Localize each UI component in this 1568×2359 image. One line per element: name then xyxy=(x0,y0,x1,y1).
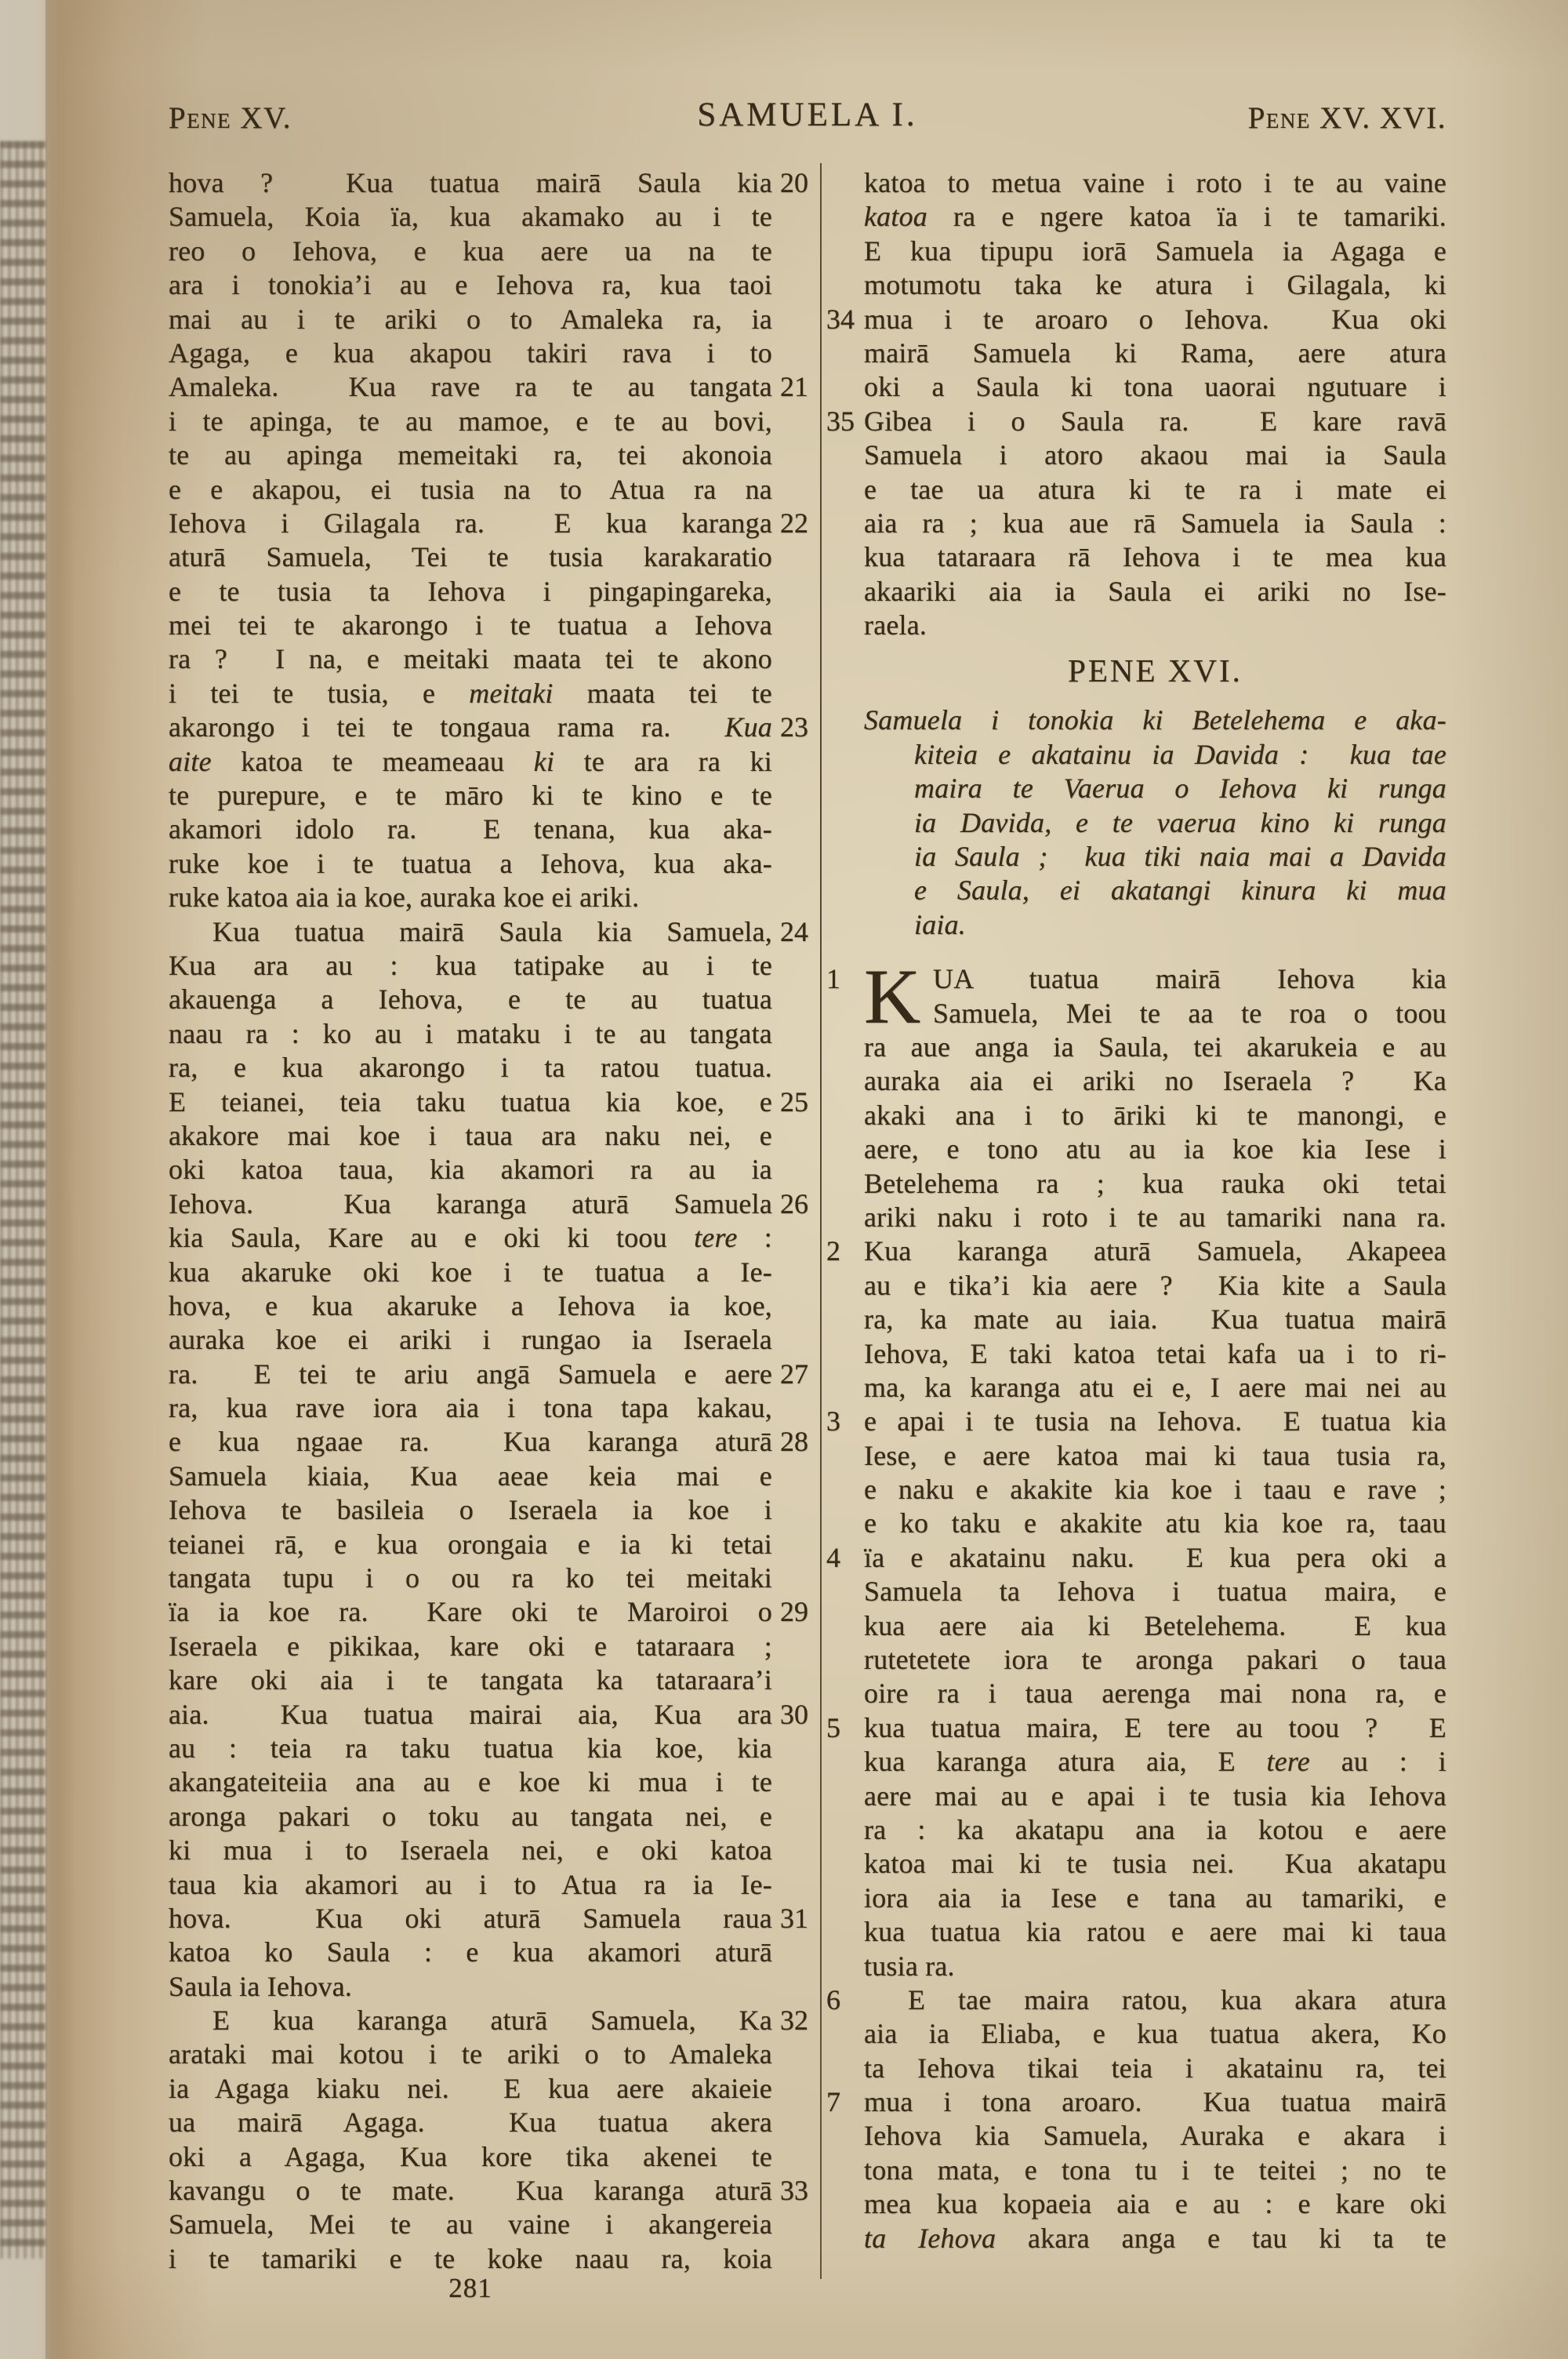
text-line: au e tika’i kia aere ? Kia kite a Saula xyxy=(864,1269,1446,1303)
text-line: i te apinga, te au mamoe, e te au bovi, xyxy=(169,405,772,438)
line-text: Saula ia Iehova. xyxy=(169,1971,352,2002)
line-text: ra, e kua akarongo i ta ratou tuatua. xyxy=(169,1052,772,1083)
text-line: maira te Vaerua o Iehova ki runga xyxy=(864,772,1446,805)
line-text: auraka aia ei ariki no Iseraela ? Ka xyxy=(864,1065,1446,1096)
line-text: ra, kua rave iora aia i tona tapa kakau, xyxy=(169,1392,772,1423)
text-line: akakore mai koe i taua ara naku nei, e xyxy=(169,1119,772,1153)
text-line: mea kua kopaeia aia e au : e kare oki xyxy=(864,2187,1446,2221)
line-text: aere, e tono atu au ia koe kia Iese i xyxy=(864,1133,1446,1165)
text-line: kua tataraara rā Iehova i te mea kua xyxy=(864,540,1446,574)
running-header: Pene XV. SAMUELA I. Pene XV. XVI. xyxy=(169,96,1446,143)
line-text: kua aere aia ki Betelehema. E kua xyxy=(864,1610,1446,1641)
line-text: Iehova i Gilagala ra. E kua karanga xyxy=(169,507,772,539)
text-line: e te tusia ta Iehova i pingapingareka, xyxy=(169,575,772,609)
line-text: ara i tonokia’i au e Iehova ra, kua taoi xyxy=(169,269,772,300)
text-line: 35Gibea i o Saula ra. E kare ravā xyxy=(864,405,1446,438)
running-head-right: Pene XV. XVI. xyxy=(1248,100,1446,136)
text-line: ua mairā Agaga. Kua tuatua akera xyxy=(169,2106,772,2139)
line-text: e Saula, ei akatangi kinura ki mua xyxy=(914,874,1446,906)
text-line: ariki naku i roto i te au tamariki nana … xyxy=(864,1201,1446,1234)
line-text: kua tataraara rā Iehova i te mea kua xyxy=(864,541,1446,572)
text-line: aere mai au e apai i te tusia kia Iehova xyxy=(864,1779,1446,1813)
verse-number: 33 xyxy=(780,2174,816,2208)
text-line: ra : ka akatapu ana ia kotou e aere xyxy=(864,1813,1446,1847)
text-line: oki katoa taua, kia akamori ra au ia xyxy=(169,1153,772,1187)
verse-number: 2 xyxy=(826,1234,862,1268)
text-line: aere, e tono atu au ia koe kia Iese i xyxy=(864,1132,1446,1166)
text-line: tusia ra. xyxy=(864,1950,1446,1983)
line-text: i te tamariki e te koke naau ra, koia xyxy=(169,2243,772,2274)
text-line: raela. xyxy=(864,609,1446,642)
line-text: Amaleka. Kua rave ra te au tangata xyxy=(169,371,772,402)
line-text: Iehova te basileia o Iseraela ia koe i xyxy=(169,1494,772,1525)
text-line: 32E kua karanga aturā Samuela, Ka xyxy=(169,2004,772,2037)
line-text: ra, ka mate au iaia. Kua tuatua mairā xyxy=(864,1303,1446,1335)
text-line: e naku e akakite kia koe i taau e rave ; xyxy=(864,1473,1446,1507)
line-text: katoa ra e ngere katoa ïa i te tamariki. xyxy=(864,201,1446,232)
line-text: E kua karanga aturā Samuela, Ka xyxy=(212,2005,772,2036)
line-text: Samuela i atoro akaou mai ia Saula xyxy=(864,439,1446,471)
text-line: UA tuatua mairā Iehova kia xyxy=(864,962,1446,996)
text-line: Samuela, Mei te aa te roa o toou xyxy=(864,997,1446,1030)
line-text: hova ? Kua tuatua mairā Saula kia xyxy=(169,167,772,198)
line-text: e ko taku e akakite atu kia koe ra, taau xyxy=(864,1507,1446,1539)
text-line: 21Amaleka. Kua rave ra te au tangata xyxy=(169,370,772,404)
verse-number: 28 xyxy=(780,1425,816,1459)
text-line: Agaga, e kua akapou takiri rava i to xyxy=(169,336,772,370)
text-line: oire ra i taua aerenga mai nona ra, e xyxy=(864,1677,1446,1710)
line-text: akakore mai koe i taua ara naku nei, e xyxy=(169,1120,772,1151)
text-line: ia Davida, e te vaerua kino ki runga xyxy=(864,806,1446,840)
verse-number: 32 xyxy=(780,2004,816,2037)
line-text: au e tika’i kia aere ? Kia kite a Saula xyxy=(864,1270,1446,1301)
chapter-summary: Samuela i tonokia ki Betelehema e aka-ki… xyxy=(864,703,1446,942)
verse-number: 23 xyxy=(780,711,816,744)
text-line: 27ra. E tei te ariu angā Samuela e aere xyxy=(169,1358,772,1391)
line-text: Betelehema ra ; kua rauka oki tetai xyxy=(864,1168,1446,1199)
text-line: katoa mai ki te tusia nei. Kua akatapu xyxy=(864,1847,1446,1881)
text-line: iaia. xyxy=(864,908,1446,942)
line-text: ua mairā Agaga. Kua tuatua akera xyxy=(169,2106,772,2138)
line-text: Samuela, Mei te au vaine i akangereia xyxy=(169,2208,772,2240)
line-text: Iseraela e pikikaa, kare oki e tataraara… xyxy=(169,1630,772,1662)
line-text: katoa to metua vaine i roto i te au vain… xyxy=(864,167,1446,198)
line-text: ia Agaga kiaku nei. E kua aere akaieie xyxy=(169,2073,772,2104)
text-line: mei tei te akarongo i te tuatua a Iehova xyxy=(169,609,772,642)
line-text: mairā Samuela ki Rama, aere atura xyxy=(864,337,1446,369)
text-line: ra, e kua akarongo i ta ratou tuatua. xyxy=(169,1051,772,1085)
line-text: tona mata, e tona tu i te teitei ; no te xyxy=(864,2154,1446,2186)
line-text: mua i te aroaro o Iehova. Kua oki xyxy=(864,304,1446,335)
line-text: Agaga, e kua akapou takiri rava i to xyxy=(169,337,772,369)
line-text: e naku e akakite kia koe i taau e rave ; xyxy=(864,1474,1446,1505)
text-line: mairā Samuela ki Rama, aere atura xyxy=(864,336,1446,370)
line-text: ia Saula ; kua tiki naia mai a Davida xyxy=(914,841,1446,872)
text-line: e Saula, ei akatangi kinura ki mua xyxy=(864,874,1446,907)
line-text: Iese, e aere katoa mai ki taua tusia ra, xyxy=(864,1440,1446,1471)
verse-number: 26 xyxy=(780,1187,816,1221)
text-line: Samuela i tonokia ki Betelehema e aka- xyxy=(864,703,1446,737)
line-text: te purepure, e te māro ki te kino e te xyxy=(169,780,772,811)
text-line: mai au i te ariki o to Amaleka ra, ia xyxy=(169,303,772,336)
text-line: au : teia ra taku tuatua kia koe, kia xyxy=(169,1732,772,1765)
text-line: taua kia akamori au i to Atua ra ia Ie- xyxy=(169,1868,772,1902)
line-text: E kua tipupu iorā Samuela ia Agaga e xyxy=(864,235,1446,267)
line-text: auraka koe ei ariki i rungao ia Iseraela xyxy=(169,1324,772,1355)
verse-number: 3 xyxy=(826,1405,862,1438)
line-text: ki mua i to Iseraela nei, e oki katoa xyxy=(169,1834,772,1866)
line-text: kua karanga atura aia, E tere au : i xyxy=(864,1746,1446,1777)
text-line: aia ra ; kua aue rā Samuela ia Saula : xyxy=(864,507,1446,540)
line-text: kua tuatua kia ratou e aere mai ki taua xyxy=(864,1916,1446,1947)
text-line: teianei rā, e kua orongaia e ia ki tetai xyxy=(169,1528,772,1561)
text-line: ma, ka karanga atu ei e, I aere mai nei … xyxy=(864,1371,1446,1405)
text-line: arataki mai kotou i te ariki o to Amalek… xyxy=(169,2037,772,2071)
text-line: 34mua i te aroaro o Iehova. Kua oki xyxy=(864,303,1446,336)
scanned-book-page: Pene XV. SAMUELA I. Pene XV. XVI. 20hova… xyxy=(0,0,1568,2359)
right-text-column: katoa to metua vaine i roto i te au vain… xyxy=(864,166,1446,2255)
line-text: Kua tuatua mairā Saula kia Samuela, xyxy=(212,916,772,947)
line-text: ïa ia koe ra. Kare oki te Maroiroi o xyxy=(169,1596,772,1627)
text-line: 25E teianei, teia taku tuatua kia koe, e xyxy=(169,1085,772,1119)
text-line: Samuela ta Iehova i tuatua maira, e xyxy=(864,1575,1446,1608)
line-text: ra aue anga ia Saula, tei akarukeia e au xyxy=(864,1031,1446,1063)
text-line: akamori idolo ra. E tenana, kua aka- xyxy=(169,812,772,846)
line-text: i tei te tusia, e meitaki maata tei te xyxy=(169,678,772,709)
text-line: iora aia ia Iese e tana au tamariki, e xyxy=(864,1881,1446,1915)
line-text: katoa mai ki te tusia nei. Kua akatapu xyxy=(864,1848,1446,1879)
line-text: kare oki aia i te tangata ka tataraara’i xyxy=(169,1664,772,1696)
text-line: aturā Samuela, Tei te tusia karakaratio xyxy=(169,540,772,574)
line-text: motumotu taka ke atura i Gilagala, ki xyxy=(864,269,1446,300)
line-text: ariki naku i roto i te au tamariki nana … xyxy=(864,1201,1446,1233)
text-line: ra ? I na, e meitaki maata tei te akono xyxy=(169,642,772,676)
line-text: ïa e akatainu naku. E kua pera oki a xyxy=(864,1542,1446,1573)
text-line: 23akarongo i tei te tongaua rama ra. Kua xyxy=(169,711,772,744)
text-line: Iseraela e pikikaa, kare oki e tataraara… xyxy=(169,1630,772,1663)
text-line: aite katoa te meameaau ki te ara ra ki xyxy=(169,745,772,779)
line-text: UA tuatua mairā Iehova kia xyxy=(933,963,1446,994)
text-line: 24Kua tuatua mairā Saula kia Samuela, xyxy=(169,915,772,949)
text-line: Iese, e aere katoa mai ki taua tusia ra, xyxy=(864,1439,1446,1473)
line-text: kua tuatua maira, E tere au toou ? E xyxy=(864,1712,1446,1743)
line-text: te au apinga memeitaki ra, tei akonoia xyxy=(169,439,772,471)
verse-1-dropcap-block: 1KUA tuatua mairā Iehova kiaSamuela, Mei… xyxy=(864,962,1446,1030)
line-text: Samuela, Koia ïa, kua akamako au i te xyxy=(169,201,772,232)
line-text: ma, ka karanga atu ei e, I aere mai nei … xyxy=(864,1372,1446,1403)
line-text: Samuela i tonokia ki Betelehema e aka- xyxy=(864,704,1446,736)
line-text: oki a Saula ki tona uaorai ngutuare i xyxy=(864,371,1446,402)
line-text: akaariki aia ia Saula ei ariki no Ise- xyxy=(864,576,1446,607)
text-line: aronga pakari o toku au tangata nei, e xyxy=(169,1800,772,1834)
verse-number: 20 xyxy=(780,166,816,200)
line-text: akaki ana i to āriki ki te manongi, e xyxy=(864,1100,1446,1131)
line-text: aia. Kua tuatua mairai aia, Kua ara xyxy=(169,1699,772,1730)
verse-number: 24 xyxy=(780,915,816,949)
text-line: i te tamariki e te koke naau ra, koia xyxy=(169,2242,772,2276)
line-text: raela. xyxy=(864,609,927,641)
line-text: au : teia ra taku tuatua kia koe, kia xyxy=(169,1732,772,1764)
line-text: ra : ka akatapu ana ia kotou e aere xyxy=(864,1814,1446,1845)
text-line: 30aia. Kua tuatua mairai aia, Kua ara xyxy=(169,1698,772,1732)
text-line: motumotu taka ke atura i Gilagala, ki xyxy=(864,268,1446,302)
line-text: rutetetete iora te aronga pakari o taua xyxy=(864,1644,1446,1675)
line-text: mea kua kopaeia aia e au : e kare oki xyxy=(864,2188,1446,2219)
verse-number: 29 xyxy=(780,1595,816,1629)
verse-number: 5 xyxy=(826,1711,862,1745)
line-text: Kua ara au : kua tatipake au i te xyxy=(169,950,772,981)
text-line: akangateiteiia ana au e koe ki mua i te xyxy=(169,1765,772,1799)
text-line: kua karanga atura aia, E tere au : i xyxy=(864,1745,1446,1779)
line-text: e apai i te tusia na Iehova. E tuatua ki… xyxy=(864,1405,1446,1437)
text-line: 31hova. Kua oki aturā Samuela raua xyxy=(169,1902,772,1936)
chapter-heading: PENE XVI. xyxy=(864,653,1446,688)
line-text: E teianei, teia taku tuatua kia koe, e xyxy=(169,1086,772,1118)
line-text: kavangu o te mate. Kua karanga aturā xyxy=(169,2175,772,2206)
text-line: Iehova, E taki katoa tetai kafa ua i to … xyxy=(864,1337,1446,1371)
line-text: akamori idolo ra. E tenana, kua aka- xyxy=(169,813,772,845)
text-line: kua tuatua kia ratou e aere mai ki taua xyxy=(864,1915,1446,1949)
column-divider-rule xyxy=(820,163,822,2279)
text-line: ia Agaga kiaku nei. E kua aere akaieie xyxy=(169,2072,772,2106)
line-text: ruke katoa aia ia koe, auraka koe ei ari… xyxy=(169,881,639,913)
verse-number: 6 xyxy=(826,1983,862,2017)
line-text: ruke koe i te tuatua a Iehova, kua aka- xyxy=(169,848,772,879)
verse-number: 31 xyxy=(780,1902,816,1936)
text-line: hova, e kua akaruke a Iehova ia koe, xyxy=(169,1289,772,1323)
line-text: Kua karanga aturā Samuela, Akapeea xyxy=(864,1235,1446,1267)
line-text: E tae maira ratou, kua akara atura xyxy=(908,1984,1446,2016)
text-line: Samuela, Mei te au vaine i akangereia xyxy=(169,2208,772,2241)
text-line: oki a Saula ki tona uaorai ngutuare i xyxy=(864,370,1446,404)
text-line: ruke koe i te tuatua a Iehova, kua aka- xyxy=(169,847,772,881)
text-line: Iehova kia Samuela, Auraka e akara i xyxy=(864,2119,1446,2153)
text-line: 28e kua ngaae ra. Kua karanga aturā xyxy=(169,1425,772,1459)
line-text: teianei rā, e kua orongaia e ia ki tetai xyxy=(169,1528,772,1560)
text-line: ta Iehova akara anga e tau ki ta te xyxy=(864,2222,1446,2255)
text-line: 2Kua karanga aturā Samuela, Akapeea xyxy=(864,1234,1446,1268)
text-line: ara i tonokia’i au e Iehova ra, kua taoi xyxy=(169,268,772,302)
line-text: aronga pakari o toku au tangata nei, e xyxy=(169,1801,772,1832)
line-text: oki a Agaga, Kua kore tika akenei te xyxy=(169,2141,772,2172)
line-text: oire ra i taua aerenga mai nona ra, e xyxy=(864,1677,1446,1709)
line-text: Samuela kiaia, Kua aeae keia mai e xyxy=(169,1460,772,1492)
text-line: 20hova ? Kua tuatua mairā Saula kia xyxy=(169,166,772,200)
verse-number: 27 xyxy=(780,1358,816,1391)
line-text: aturā Samuela, Tei te tusia karakaratio xyxy=(169,541,772,572)
text-line: 4ïa e akatainu naku. E kua pera oki a xyxy=(864,1541,1446,1575)
facing-page-edge xyxy=(0,0,75,2359)
line-text: maira te Vaerua o Iehova ki runga xyxy=(914,772,1446,804)
verse-number: 25 xyxy=(780,1085,816,1119)
line-text: hova. Kua oki aturā Samuela raua xyxy=(169,1903,772,1934)
text-line: auraka koe ei ariki i rungao ia Iseraela xyxy=(169,1323,772,1357)
text-line: Samuela kiaia, Kua aeae keia mai e xyxy=(169,1459,772,1493)
text-line: Saula ia Iehova. xyxy=(169,1970,772,2004)
line-text: aere mai au e apai i te tusia kia Iehova xyxy=(864,1780,1446,1812)
text-line: ra, kua rave iora aia i tona tapa kakau, xyxy=(169,1391,772,1425)
text-line: katoa to metua vaine i roto i te au vain… xyxy=(864,166,1446,200)
text-line: auraka aia ei ariki no Iseraela ? Ka xyxy=(864,1064,1446,1098)
text-line: ia Saula ; kua tiki naia mai a Davida xyxy=(864,840,1446,874)
line-text: reo o Iehova, e kua aere ua na te xyxy=(169,235,772,267)
verse-number: 4 xyxy=(826,1541,862,1575)
line-text: aia ia Eliaba, e kua tuatua akera, Ko xyxy=(864,2018,1446,2049)
text-line: E kua tipupu iorā Samuela ia Agaga e xyxy=(864,234,1446,268)
verse-number: 22 xyxy=(780,507,816,540)
text-line: 26Iehova. Kua karanga aturā Samuela xyxy=(169,1187,772,1221)
text-line: i tei te tusia, e meitaki maata tei te xyxy=(169,677,772,711)
text-line: akaariki aia ia Saula ei ariki no Ise- xyxy=(864,575,1446,609)
line-text: hova, e kua akaruke a Iehova ia koe, xyxy=(169,1290,772,1321)
line-text: mai au i te ariki o to Amaleka ra, ia xyxy=(169,304,772,335)
text-line: ruke katoa aia ia koe, auraka koe ei ari… xyxy=(169,881,772,914)
line-text: aia ra ; kua aue rā Samuela ia Saula : xyxy=(864,507,1446,539)
text-line: tangata tupu i o ou ra ko tei meitaki xyxy=(169,1561,772,1595)
text-line: 5kua tuatua maira, E tere au toou ? E xyxy=(864,1711,1446,1745)
line-text: tusia ra. xyxy=(864,1950,955,1982)
text-line: ra, ka mate au iaia. Kua tuatua mairā xyxy=(864,1303,1446,1336)
verse-number: 30 xyxy=(780,1698,816,1732)
text-line: ki mua i to Iseraela nei, e oki katoa xyxy=(169,1834,772,1867)
line-text: akarongo i tei te tongaua rama ra. Kua xyxy=(169,711,772,743)
line-text: ra. E tei te ariu angā Samuela e aere xyxy=(169,1358,772,1390)
line-text: iora aia ia Iese e tana au tamariki, e xyxy=(864,1882,1446,1914)
page-number: 281 xyxy=(169,2273,772,2304)
text-line: kia Saula, Kare au e oki ki toou tere : xyxy=(169,1221,772,1255)
text-line: katoa ra e ngere katoa ïa i te tamariki. xyxy=(864,200,1446,234)
line-text: Iehova. Kua karanga aturā Samuela xyxy=(169,1188,772,1219)
line-text: ra ? I na, e meitaki maata tei te akono xyxy=(169,643,772,674)
line-text: taua kia akamori au i to Atua ra ia Ie- xyxy=(169,1869,772,1900)
line-text: e e akapou, ei tusia na to Atua ra na xyxy=(169,474,772,505)
text-line: oki a Agaga, Kua kore tika akenei te xyxy=(169,2140,772,2174)
line-text: e kua ngaae ra. Kua karanga aturā xyxy=(169,1426,772,1457)
text-line: kua aere aia ki Betelehema. E kua xyxy=(864,1609,1446,1643)
line-text: mei tei te akarongo i te tuatua a Iehova xyxy=(169,609,772,641)
text-line: kua akaruke oki koe i te tuatua a Ie- xyxy=(169,1256,772,1289)
verse-number: 1 xyxy=(826,962,862,996)
text-line: kare oki aia i te tangata ka tataraara’i xyxy=(169,1663,772,1697)
left-text-column: 20hova ? Kua tuatua mairā Saula kiaSamue… xyxy=(169,166,772,2276)
line-text: kia Saula, Kare au e oki ki toou tere : xyxy=(169,1222,772,1253)
text-line: 22Iehova i Gilagala ra. E kua karanga xyxy=(169,507,772,540)
text-line: akaki ana i to āriki ki te manongi, e xyxy=(864,1099,1446,1132)
text-line: 29ïa ia koe ra. Kare oki te Maroiroi o xyxy=(169,1595,772,1629)
text-line: Iehova te basileia o Iseraela ia koe i xyxy=(169,1493,772,1527)
line-text: kua akaruke oki koe i te tuatua a Ie- xyxy=(169,1256,772,1288)
text-line: kiteia e akatainu ia Davida : kua tae xyxy=(864,738,1446,772)
text-line: tona mata, e tona tu i te teitei ; no te xyxy=(864,2154,1446,2187)
text-line: Samuela i atoro akaou mai ia Saula xyxy=(864,438,1446,472)
line-text: Gibea i o Saula ra. E kare ravā xyxy=(864,405,1446,437)
line-text: kiteia e akatainu ia Davida : kua tae xyxy=(914,739,1446,770)
text-line: te au apinga memeitaki ra, tei akonoia xyxy=(169,438,772,472)
text-line: rutetetete iora te aronga pakari o taua xyxy=(864,1643,1446,1677)
line-text: ta Iehova akara anga e tau ki ta te xyxy=(864,2223,1446,2254)
text-line: 3e apai i te tusia na Iehova. E tuatua k… xyxy=(864,1405,1446,1438)
line-text: naau ra : ko au i mataku i te au tangata xyxy=(169,1018,772,1049)
line-text: mua i tona aroaro. Kua tuatua mairā xyxy=(864,2086,1446,2117)
text-line: Samuela, Koia ïa, kua akamako au i te xyxy=(169,200,772,234)
text-line: e ko taku e akakite atu kia koe ra, taau xyxy=(864,1507,1446,1540)
text-line: akauenga a Iehova, e te au tuatua xyxy=(169,983,772,1016)
text-line: katoa ko Saula : e kua akamori aturā xyxy=(169,1936,772,1969)
line-text: akangateiteiia ana au e koe ki mua i te xyxy=(169,1766,772,1797)
text-line: te purepure, e te māro ki te kino e te xyxy=(169,779,772,812)
text-line: aia ia Eliaba, e kua tuatua akera, Ko xyxy=(864,2017,1446,2051)
line-text: Samuela, Mei te aa te roa o toou xyxy=(933,998,1446,1029)
line-text: e te tusia ta Iehova i pingapingareka, xyxy=(169,576,772,607)
verse-number: 7 xyxy=(826,2085,862,2119)
verse-number: 34 xyxy=(826,303,862,336)
text-line: e e akapou, ei tusia na to Atua ra na xyxy=(169,473,772,507)
text-line: ta Iehova tikai teia i akatainu ra, tei xyxy=(864,2052,1446,2085)
text-line: 7mua i tona aroaro. Kua tuatua mairā xyxy=(864,2085,1446,2119)
line-text: oki katoa taua, kia akamori ra au ia xyxy=(169,1154,772,1185)
line-text: akauenga a Iehova, e te au tuatua xyxy=(169,983,772,1015)
line-text: tangata tupu i o ou ra ko tei meitaki xyxy=(169,1562,772,1594)
text-line: 6E tae maira ratou, kua akara atura xyxy=(864,1983,1446,2017)
text-line: naau ra : ko au i mataku i te au tangata xyxy=(169,1017,772,1051)
verse-number: 35 xyxy=(826,405,862,438)
line-text: arataki mai kotou i te ariki o to Amalek… xyxy=(169,2038,772,2070)
line-text: aite katoa te meameaau ki te ara ra ki xyxy=(169,746,772,777)
text-line: ra aue anga ia Saula, tei akarukeia e au xyxy=(864,1030,1446,1064)
line-text: katoa ko Saula : e kua akamori aturā xyxy=(169,1936,772,1968)
text-line: 33kavangu o te mate. Kua karanga aturā xyxy=(169,2174,772,2208)
line-text: iaia. xyxy=(914,909,966,940)
line-text: ia Davida, e te vaerua kino ki runga xyxy=(914,807,1446,838)
line-text: Samuela ta Iehova i tuatua maira, e xyxy=(864,1576,1446,1607)
line-text: Iehova kia Samuela, Auraka e akara i xyxy=(864,2120,1446,2151)
line-text: e tae ua atura ki te ra i mate ei xyxy=(864,474,1446,505)
verse-number: 21 xyxy=(780,370,816,404)
line-text: Iehova, E taki katoa tetai kafa ua i to … xyxy=(864,1338,1446,1369)
text-line: Kua ara au : kua tatipake au i te xyxy=(169,949,772,983)
line-text: i te apinga, te au mamoe, e te au bovi, xyxy=(169,405,772,437)
line-text: ta Iehova tikai teia i akatainu ra, tei xyxy=(864,2052,1446,2084)
text-line: e tae ua atura ki te ra i mate ei xyxy=(864,473,1446,507)
text-line: Betelehema ra ; kua rauka oki tetai xyxy=(864,1167,1446,1201)
text-line: reo o Iehova, e kua aere ua na te xyxy=(169,234,772,268)
